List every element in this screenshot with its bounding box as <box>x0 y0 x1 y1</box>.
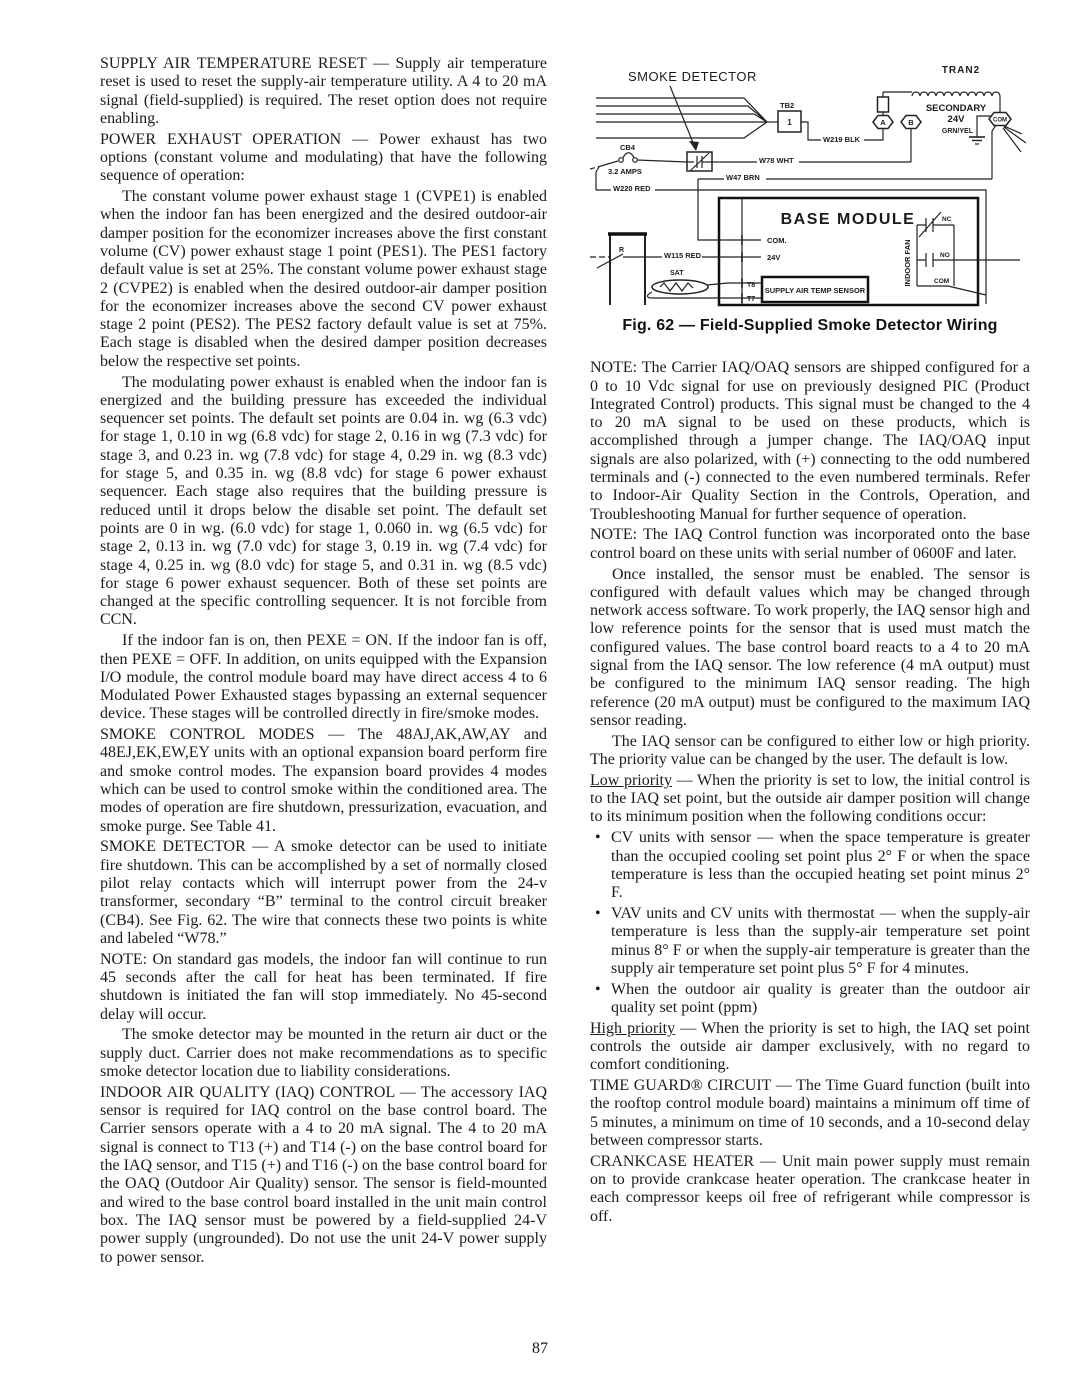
paragraph: Low priority — When the priority is set … <box>590 772 1030 827</box>
secondary-volts-label: 24V <box>948 114 966 125</box>
grn-yel-label: GRN/YEL <box>942 128 974 135</box>
v24-terminal-label: 24V <box>767 253 780 262</box>
underlined-lead: Low priority <box>590 772 672 789</box>
w220-label: W220 RED <box>613 184 651 193</box>
page-number: 87 <box>0 1340 1080 1358</box>
indoor-fan-label: INDOOR FAN <box>903 239 912 286</box>
paragraph: If the indoor fan is on, then PEXE = ON.… <box>100 632 547 723</box>
right-column-text: NOTE: The Carrier IAQ/OAQ sensors are sh… <box>590 359 1030 1226</box>
paragraph: CRANKCASE HEATER — Unit main power suppl… <box>590 1153 1030 1226</box>
paragraph: NOTE: The IAQ Control function was incor… <box>590 526 1030 563</box>
t7-label: T7 <box>747 296 755 303</box>
terminal-a: A <box>873 116 893 129</box>
wire-bundle <box>596 98 767 138</box>
no-label: NO <box>940 252 950 259</box>
field-relay-box <box>608 234 647 305</box>
cb4-label: CB4 <box>620 143 636 152</box>
supply-air-temp-sensor-box: SUPPLY AIR TEMP SENSOR <box>762 277 868 302</box>
bullet-dot: • <box>595 905 611 978</box>
bullet-text: CV units with sensor — when the space te… <box>611 829 1030 902</box>
sat-sensor: SAT T8 T7 <box>648 270 763 303</box>
paragraph: High priority — When the priority is set… <box>590 1020 1030 1075</box>
paragraph: The constant volume power exhaust stage … <box>100 188 547 371</box>
base-module-label: BASE MODULE <box>781 211 916 228</box>
smoke-detector-label: SMOKE DETECTOR <box>628 69 757 84</box>
paragraph: SMOKE CONTROL MODES — The 48AJ,AK,AW,AY … <box>100 726 547 836</box>
bullet-dot: • <box>595 981 611 1018</box>
fuse <box>878 92 913 116</box>
paragraph: INDOOR AIR QUALITY (IAQ) CONTROL — The a… <box>100 1084 547 1267</box>
bullet-item: •When the outdoor air quality is greater… <box>595 981 1030 1018</box>
left-column: SUPPLY AIR TEMPERATURE RESET — Supply ai… <box>100 55 547 1269</box>
tran2-label: TRAN2 <box>942 65 980 76</box>
w219-wire: W219 BLK <box>801 122 883 144</box>
paragraph: The IAQ sensor can be configured to eith… <box>590 733 1030 770</box>
w115-label: W115 RED <box>664 251 702 260</box>
tb2-label: TB2 <box>780 101 794 110</box>
terminal-b: B <box>901 116 921 163</box>
secondary-label: SECONDARY <box>926 103 987 114</box>
paragraph: SMOKE DETECTOR — A smoke detector can be… <box>100 838 547 948</box>
com-wire-fan <box>992 125 1026 179</box>
w78-label: W78 WHT <box>759 156 794 165</box>
terminal-a-label: A <box>880 118 886 127</box>
arrow-to-smoke-detector <box>670 86 699 151</box>
t8-label: T8 <box>747 282 755 289</box>
figure-caption: Fig. 62 — Field-Supplied Smoke Detector … <box>590 317 1030 335</box>
paragraph: The modulating power exhaust is enabled … <box>100 374 547 630</box>
bullet-dot: • <box>595 829 611 902</box>
terminal-b-label: B <box>908 118 914 127</box>
tb2-terminal-number: 1 <box>787 118 792 127</box>
paragraph: TIME GUARD® CIRCUIT — The Time Guard fun… <box>590 1077 1030 1150</box>
com-terminal-label: COM. <box>767 236 787 245</box>
paragraph: NOTE: On standard gas models, the indoor… <box>100 951 547 1024</box>
cb4-breaker: CB4 3.2 AMPS <box>590 143 687 190</box>
paragraph: NOTE: The Carrier IAQ/OAQ sensors are sh… <box>590 359 1030 524</box>
paragraph: Once installed, the sensor must be enabl… <box>590 566 1030 731</box>
bullet-text: VAV units and CV units with thermostat —… <box>611 905 1030 978</box>
sensor-box-label: SUPPLY AIR TEMP SENSOR <box>765 286 866 295</box>
relay-r-contact: R W115 RED <box>590 247 761 268</box>
bullet-item: •CV units with sensor — when the space t… <box>595 829 1030 902</box>
w47-label: W47 BRN <box>726 173 760 182</box>
underlined-lead: High priority <box>590 1020 675 1037</box>
paragraph: POWER EXHAUST OPERATION — Power exhaust … <box>100 131 547 186</box>
paragraph: SUPPLY AIR TEMPERATURE RESET — Supply ai… <box>100 55 547 128</box>
indoor-fan-relay: INDOOR FAN NC NO COM <box>903 212 1020 295</box>
w78-wire: W78 WHT <box>712 155 911 165</box>
smoke-detector-wiring-figure: SMOKE DETECTOR TB2 1 W219 BLK <box>590 55 1030 335</box>
bullet-item: •VAV units and CV units with thermostat … <box>595 905 1030 978</box>
nc-label: NC <box>942 216 952 223</box>
bullet-text: When the outdoor air quality is greater … <box>611 981 1030 1018</box>
smoke-detector-contact <box>687 152 712 171</box>
relay-r-label: R <box>619 247 624 254</box>
wiring-diagram: SMOKE DETECTOR TB2 1 W219 BLK <box>590 55 1030 313</box>
terminal-com-label: COM <box>993 118 1007 124</box>
com-contact-label: COM <box>934 278 949 285</box>
paragraph: The smoke detector may be mounted in the… <box>100 1026 547 1081</box>
w219-label: W219 BLK <box>823 135 861 144</box>
right-column: SMOKE DETECTOR TB2 1 W219 BLK <box>590 55 1030 1228</box>
amps-label: 3.2 AMPS <box>608 167 642 176</box>
sat-label: SAT <box>670 270 684 277</box>
tb2-terminal-block: TB2 1 <box>767 101 801 132</box>
terminal-com: COM <box>989 113 1011 126</box>
